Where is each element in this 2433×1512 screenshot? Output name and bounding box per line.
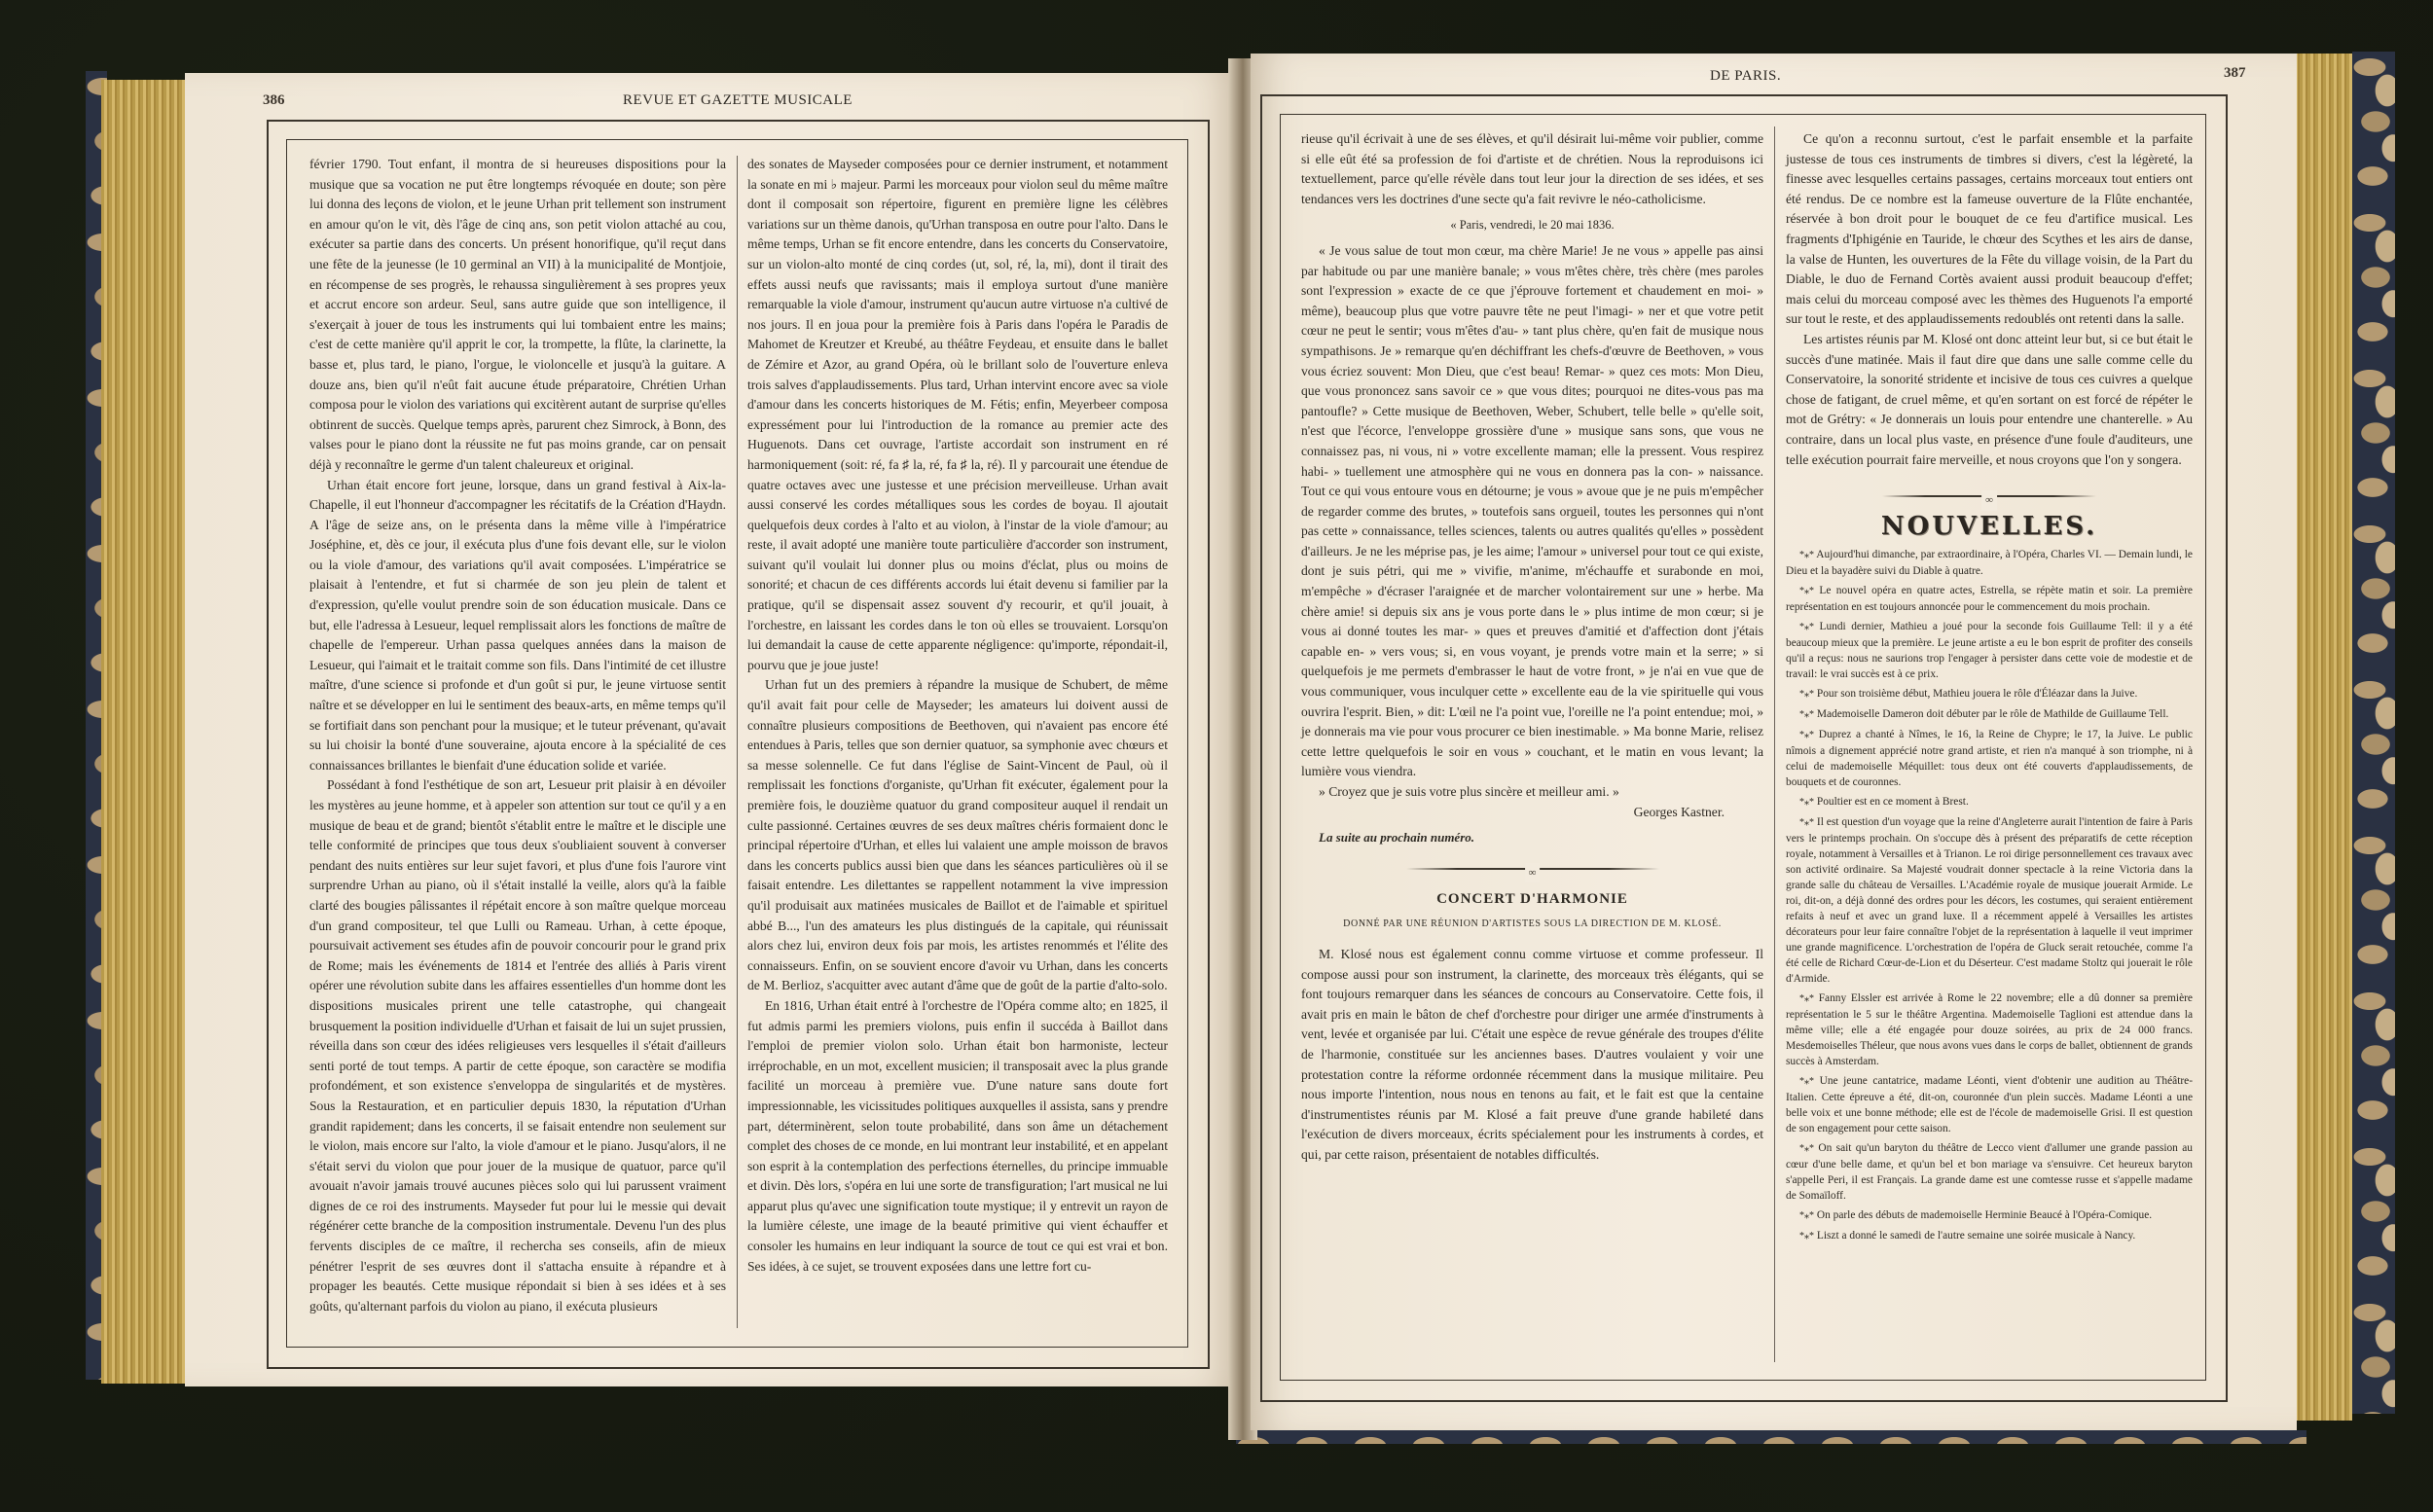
left-gilt-page-edges [101, 80, 189, 1384]
right-marbled-cover [2352, 52, 2395, 1414]
news-divider-ornament: ∞ [1882, 489, 2096, 503]
news-item: *⁎* On parle des débuts de mademoiselle … [1786, 1207, 2193, 1224]
paragraph: des sonates de Mayseder composées pour c… [747, 155, 1168, 675]
letter-dateline: « Paris, vendredi, le 20 mai 1836. [1301, 215, 1763, 235]
news-list: *⁎* Aujourd'hui dimanche, par extraordin… [1786, 547, 2193, 1244]
page-number-right: 387 [2224, 65, 2246, 82]
news-item: *⁎* Liszt a donné le samedi de l'autre s… [1786, 1228, 2193, 1244]
left-page-column-1: février 1790. Tout enfant, il montra de … [309, 155, 726, 1316]
news-item: *⁎* Poultier est en ce moment à Brest. [1786, 794, 2193, 810]
page-number-left: 386 [263, 92, 285, 109]
news-item: *⁎* Aujourd'hui dimanche, par extraordin… [1786, 547, 2193, 579]
right-page: DE PARIS. 387 rieuse qu'il écrivait à un… [1251, 54, 2297, 1430]
news-item: *⁎* Lundi dernier, Mathieu a joué pour l… [1786, 619, 2193, 682]
section-divider-ornament: ∞ [1406, 862, 1659, 876]
right-page-column-2: Ce qu'on a reconnu surtout, c'est le par… [1786, 129, 2193, 1248]
column-rule-right [1774, 126, 1775, 1362]
left-page: 386 REVUE ET GAZETTE MUSICALE février 17… [185, 73, 1236, 1386]
running-head-right: DE PARIS. [1710, 68, 1781, 85]
column-rule-left [737, 156, 738, 1328]
paragraph: Ce qu'on a reconnu surtout, c'est le par… [1786, 129, 2193, 330]
news-item: *⁎* Une jeune cantatrice, madame Léonti,… [1786, 1073, 2193, 1136]
letter-intro: rieuse qu'il écrivait à une de ses élève… [1301, 129, 1763, 209]
running-head-left: REVUE ET GAZETTE MUSICALE [623, 92, 853, 109]
paragraph: Urhan était encore fort jeune, lorsque, … [309, 476, 726, 776]
news-item: *⁎* Le nouvel opéra en quatre actes, Est… [1786, 583, 2193, 615]
section-body: M. Klosé nous est également connu comme … [1301, 945, 1763, 1166]
right-gilt-page-edges [2292, 54, 2352, 1421]
letter-signature: Georges Kastner. [1301, 803, 1763, 823]
news-item: *⁎* Fanny Elssler est arrivée à Rome le … [1786, 990, 2193, 1069]
paragraph: Les artistes réunis par M. Klosé ont don… [1786, 330, 2193, 470]
news-item: *⁎* Duprez a chanté à Nîmes, le 16, la R… [1786, 727, 2193, 790]
right-page-column-1: rieuse qu'il écrivait à une de ses élève… [1301, 129, 1763, 1166]
news-item: *⁎* On sait qu'un baryton du théâtre de … [1786, 1140, 2193, 1204]
section-subtitle: DONNÉ PAR UNE RÉUNION D'ARTISTES SOUS LA… [1301, 915, 1763, 935]
news-item: *⁎* Mademoiselle Dameron doit débuter pa… [1786, 706, 2193, 723]
left-page-column-2: des sonates de Mayseder composées pour c… [747, 155, 1168, 1277]
letter-closing: » Croyez que je suis votre plus sincère … [1301, 782, 1763, 803]
continued-note: La suite au prochain numéro. [1301, 828, 1763, 848]
paragraph: Urhan fut un des premiers à répandre la … [747, 675, 1168, 996]
paragraph: En 1816, Urhan était entré à l'orchestre… [747, 996, 1168, 1277]
paragraph: février 1790. Tout enfant, il montra de … [309, 155, 726, 476]
letter-body: « Je vous salue de tout mon cœur, ma chè… [1301, 241, 1763, 782]
news-item: *⁎* Pour son troisième début, Mathieu jo… [1786, 686, 2193, 702]
news-item: *⁎* Il est question d'un voyage que la r… [1786, 814, 2193, 987]
paragraph: Possédant à fond l'esthétique de son art… [309, 775, 726, 1316]
bottom-marbled-cover [1236, 1430, 2306, 1444]
news-heading: NOUVELLES. [1786, 517, 2193, 537]
section-title: CONCERT D'HARMONIE [1301, 889, 1763, 910]
